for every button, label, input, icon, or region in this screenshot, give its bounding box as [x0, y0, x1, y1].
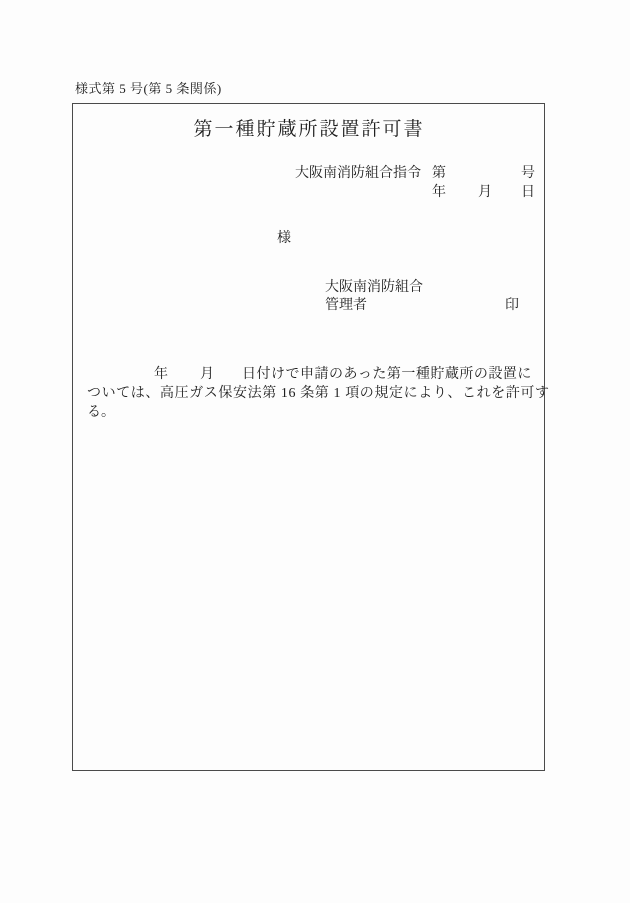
addressee-honorific: 様 — [277, 227, 291, 247]
form-note: 様式第 5 号(第 5 条関係) — [75, 78, 222, 97]
document-page: 様式第 5 号(第 5 条関係) 第一種貯蔵所設置許可書 大阪南消防組合指令 第… — [0, 0, 630, 903]
date-year-label: 年 — [432, 181, 446, 201]
body-text-line2: ついては、高圧ガス保安法第 16 条第 1 項の規定により、これを許可す — [87, 382, 550, 402]
date-day-label: 日 — [521, 181, 535, 201]
body-year-label: 年 — [154, 363, 168, 383]
issuer-role: 管理者 — [325, 294, 367, 314]
date-month-label: 月 — [478, 181, 492, 201]
issuer-organization: 大阪南消防組合 — [325, 276, 423, 296]
issuer-seal-mark: 印 — [505, 294, 519, 314]
body-text-line1: 日付けで申請のあった第一種貯蔵所の設置に — [242, 363, 532, 383]
directive-issuer-label: 大阪南消防組合指令 — [295, 162, 421, 182]
directive-number-prefix: 第 — [432, 162, 446, 182]
permit-title: 第一種貯蔵所設置許可書 — [72, 114, 546, 141]
body-text-line3: る。 — [87, 401, 115, 421]
directive-number-suffix: 号 — [521, 162, 535, 182]
body-month-label: 月 — [200, 363, 214, 383]
permit-border-box — [72, 103, 545, 771]
